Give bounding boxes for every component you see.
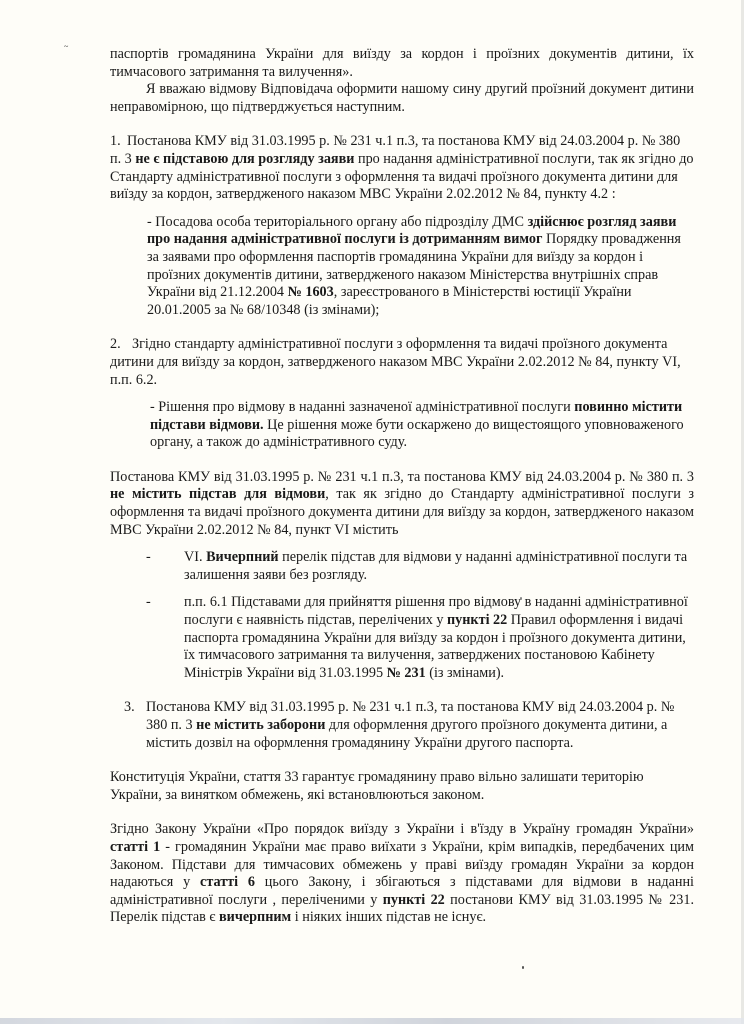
intro-continuation: паспортів громадянина України для виїзду… <box>110 46 694 81</box>
text-segment: - Рішення про відмову в наданні зазначен… <box>150 399 574 415</box>
emphasis: вичерпним <box>219 909 291 925</box>
dash-item-6-1: - п.п. 6.1 Підставами для прийняття ріше… <box>110 594 694 682</box>
bullet-dash: - <box>146 549 166 584</box>
numbered-item-2: 2. Згідно стандарту адміністративної пос… <box>110 336 694 389</box>
scan-artifact-mark: ~ <box>64 44 78 50</box>
resolution-paragraph: Постанова КМУ від 31.03.1995 р. № 231 ч.… <box>110 469 694 539</box>
emphasis: статті 6 <box>200 874 255 890</box>
emphasis: пункті 22 <box>383 892 445 908</box>
numbered-item-3: 3. Постанова КМУ від 31.03.1995 р. № 231… <box>110 699 694 752</box>
text-segment: - Посадова особа територіального органу … <box>147 214 528 230</box>
dash-item-vi: - VI. Вичерпний перелік підстав для відм… <box>110 549 694 584</box>
quote-refusal-decision: - Рішення про відмову в наданні зазначен… <box>110 399 694 452</box>
text-segment: Постанова КМУ від 31.03.1995 р. № 231 ч.… <box>110 469 694 485</box>
item-text: VI. Вичерпний перелік підстав для відмов… <box>166 549 694 584</box>
emphasis: не містить підстав для відмови <box>110 486 325 502</box>
item-text: Постанова КМУ від 31.03.1995 р. № 231 ч.… <box>110 133 694 203</box>
text-segment: Згідно Закону України «Про порядок виїзд… <box>110 821 694 837</box>
item-text: Згідно стандарту адміністративної послуг… <box>110 336 694 389</box>
scanned-page: ~ паспортів громадянина України для виїз… <box>0 0 744 1024</box>
bullet-dash: - <box>146 594 166 682</box>
scan-edge-bottom <box>0 1018 744 1024</box>
intro-claim: Я вважаю відмову Відповідача оформити на… <box>110 81 694 116</box>
numbered-item-1: 1. Постанова КМУ від 31.03.1995 р. № 231… <box>110 133 694 203</box>
document-body: паспортів громадянина України для виїзду… <box>110 46 694 927</box>
constitution-paragraph: Конституція України, стаття 33 гарантує … <box>110 769 694 804</box>
emphasis: № 1603 <box>288 284 334 300</box>
item-text: Постанова КМУ від 31.03.1995 р. № 231 ч.… <box>146 699 694 752</box>
text-segment: (із змінами). <box>426 665 504 681</box>
emphasis: статті 1 <box>110 839 160 855</box>
item-number: 3. <box>124 699 146 752</box>
quote-dms-review: - Посадова особа територіального органу … <box>110 214 694 320</box>
emphasis: № 231 <box>387 665 426 681</box>
emphasis: не є підставою для розгляду заяви <box>135 151 354 167</box>
law-paragraph: Згідно Закону України «Про порядок виїзд… <box>110 821 694 927</box>
text-segment: і ніяких інших підстав не існує. <box>291 909 486 925</box>
scan-speck <box>520 597 522 600</box>
emphasis: пункті 22 <box>447 612 507 628</box>
emphasis: Вичерпний <box>206 549 279 565</box>
item-text: п.п. 6.1 Підставами для прийняття рішенн… <box>166 594 694 682</box>
text-segment: VI. <box>184 549 206 565</box>
emphasis: не містить заборони <box>196 717 325 733</box>
scan-speck <box>522 966 524 969</box>
